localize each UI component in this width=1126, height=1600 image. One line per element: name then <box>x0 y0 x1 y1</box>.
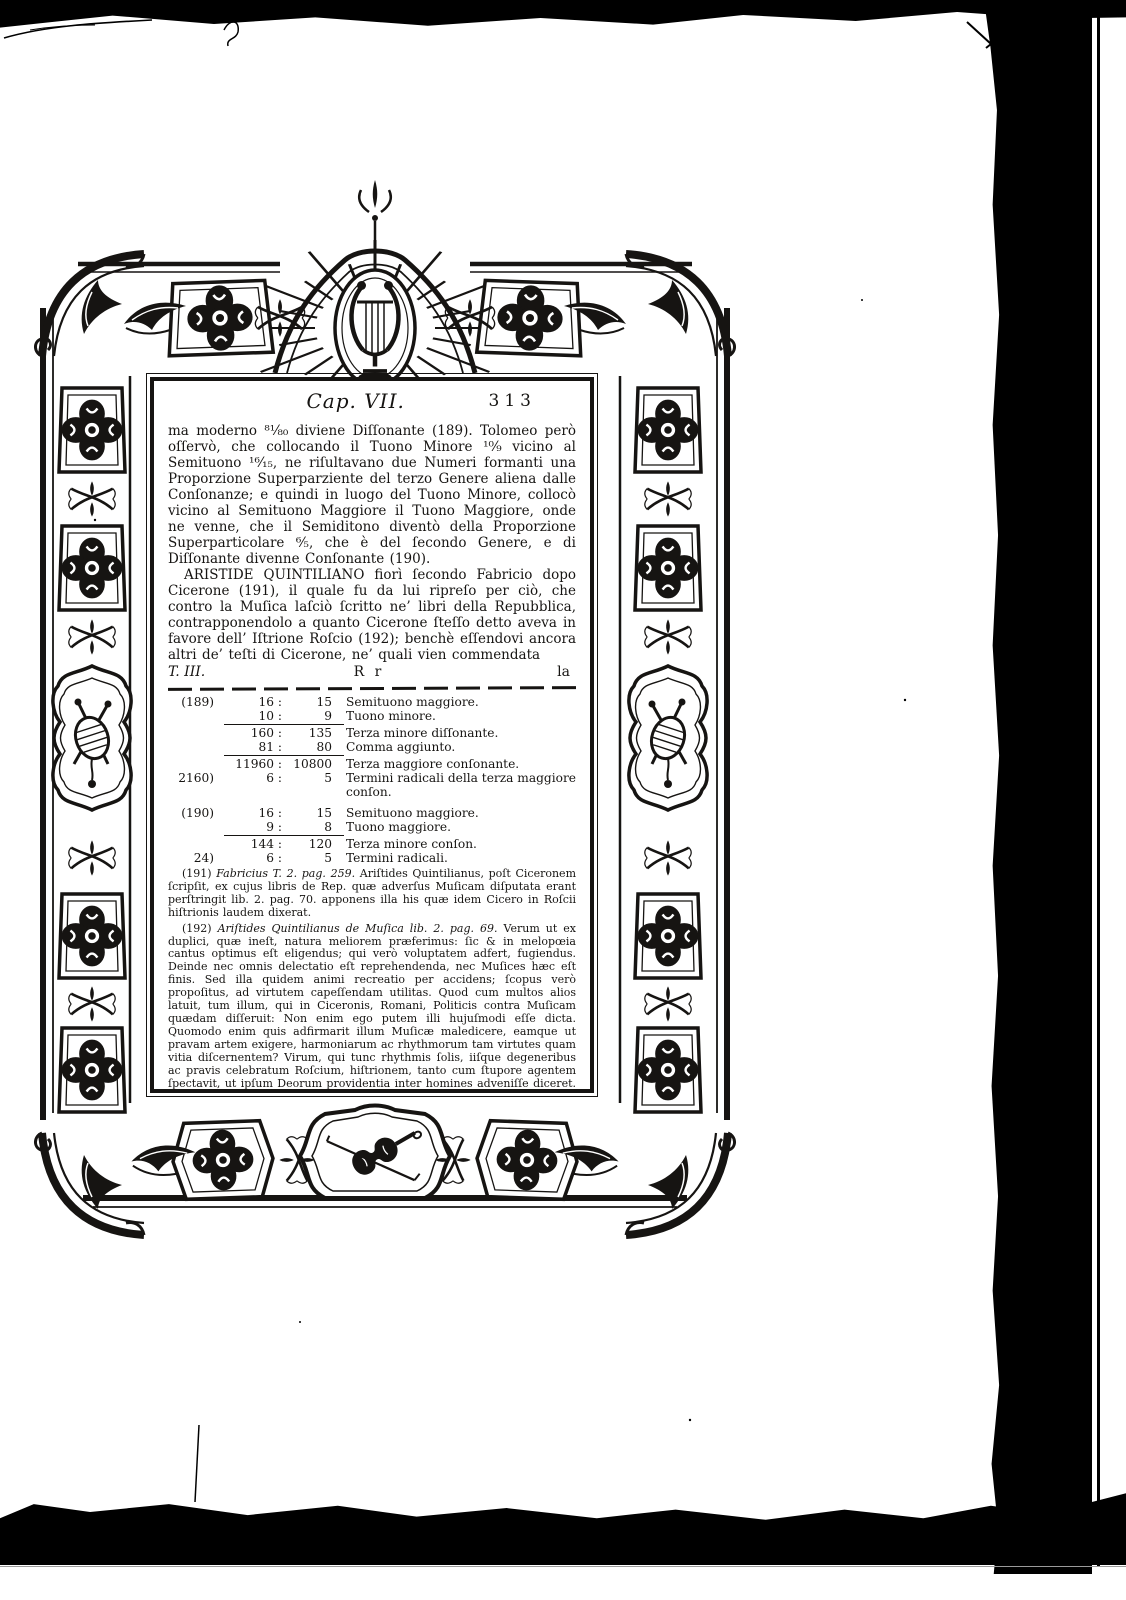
sum-rule <box>224 755 344 756</box>
catchline-row: T. III. R r la <box>168 664 576 680</box>
scan-edge-right-line <box>1097 6 1100 1566</box>
footnote-190-table: (190) 16 : 15 Semituono maggiore. 9 : 8 … <box>168 806 576 865</box>
signature-mark: R r <box>302 664 436 680</box>
table-row: 160 : 135 Terza minore diſſonante. <box>168 726 576 740</box>
page-number: 313 <box>489 391 536 411</box>
table-row: 10 : 9 Tuono minore. <box>168 709 576 723</box>
table-row: 2160) 6 : 5 Termini radicali della terza… <box>168 771 576 799</box>
footnote-source: Fabricius T. 2. pag. 259. <box>216 867 355 880</box>
table-row: (190) 16 : 15 Semituono maggiore. <box>168 806 576 820</box>
table-row: 81 : 80 Comma aggiunto. <box>168 740 576 754</box>
table-row: 9 : 8 Tuono maggiore. <box>168 820 576 834</box>
body-paragraph-1: ma moderno ⁸¹⁄₈₀ diviene Diſſonante (189… <box>168 423 576 567</box>
footnote-191: (191) Fabricius T. 2. pag. 259. Ariſtide… <box>168 868 576 920</box>
catchword: la <box>436 664 576 680</box>
table-row: 24) 6 : 5 Termini radicali. <box>168 851 576 865</box>
footnote-number: (191) <box>182 867 212 880</box>
table-row: (189) 16 : 15 Semituono maggiore. <box>168 695 576 709</box>
scanned-book-page: Cap. VII. 313 ma moderno ⁸¹⁄₈₀ diviene D… <box>0 0 1126 1600</box>
chapter-heading: Cap. VII. <box>306 389 404 413</box>
text-panel: Cap. VII. 313 ma moderno ⁸¹⁄₈₀ diviene D… <box>150 377 594 1093</box>
footnote-number: (192) <box>182 922 212 935</box>
page-header: Cap. VII. 313 <box>168 389 576 419</box>
sum-rule <box>224 724 344 725</box>
table-row: 144 : 120 Terza minore conſon. <box>168 837 576 851</box>
footnote-text: Verum ut ex duplici, quæ ineſt, natura m… <box>168 922 576 1093</box>
scan-edge-right <box>984 0 1092 1574</box>
table-row: 11960 : 10800 Terza maggiore conſonante. <box>168 757 576 771</box>
body-paragraph-2: ARISTIDE QUINTILIANO fiorì ſecondo Fabri… <box>168 567 576 663</box>
footnote-189-table: (189) 16 : 15 Semituono maggiore. 10 : 9… <box>168 695 576 799</box>
footnote-192: (192) Ariſtides Quintilianus de Muſica l… <box>168 923 576 1093</box>
sum-rule <box>224 835 344 836</box>
footnote-divider <box>168 686 576 691</box>
scan-bottom-margin-line <box>0 1566 1126 1567</box>
footnote-source: Ariſtides Quintilianus de Muſica lib. 2.… <box>218 922 498 935</box>
volume-mark: T. III. <box>168 664 302 680</box>
